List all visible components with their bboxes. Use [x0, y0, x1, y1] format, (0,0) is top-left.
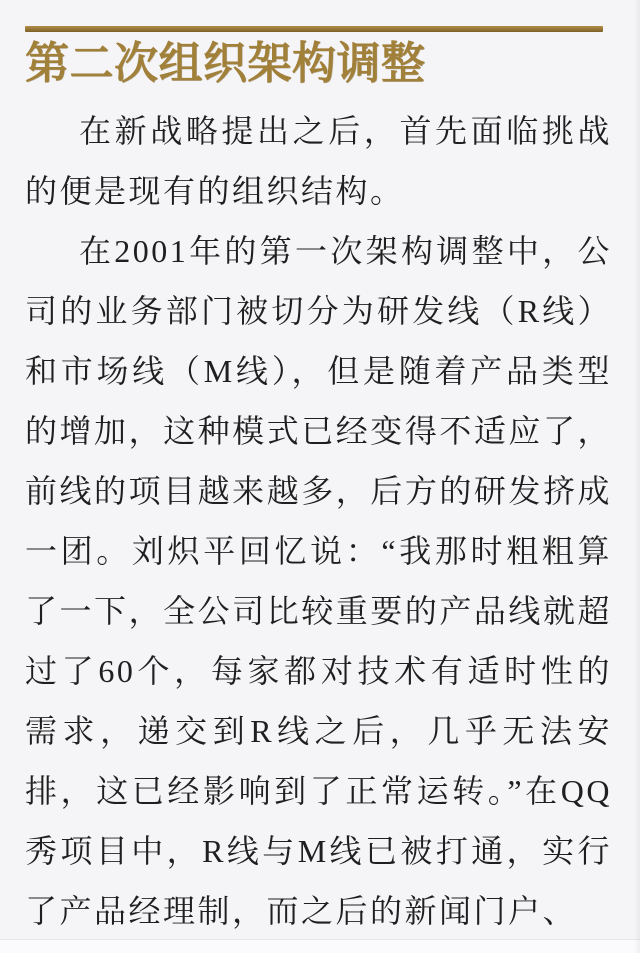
paragraph: 在新战略提出之后，首先面临挑战的便是现有的组织结构。	[25, 101, 612, 221]
page-title: 第二次组织架构调整	[25, 39, 615, 89]
body-text: 在新战略提出之后，首先面临挑战的便是现有的组织结构。 在2001年的第一次架构调…	[25, 101, 612, 941]
reader-page: 第二次组织架构调整 在新战略提出之后，首先面临挑战的便是现有的组织结构。 在20…	[0, 0, 640, 953]
page-bottom-margin	[0, 939, 640, 953]
paragraph: 在2001年的第一次架构调整中，公司的业务部门被切分为研发线（R线）和市场线（M…	[25, 221, 612, 941]
section-divider-rule	[25, 26, 603, 32]
